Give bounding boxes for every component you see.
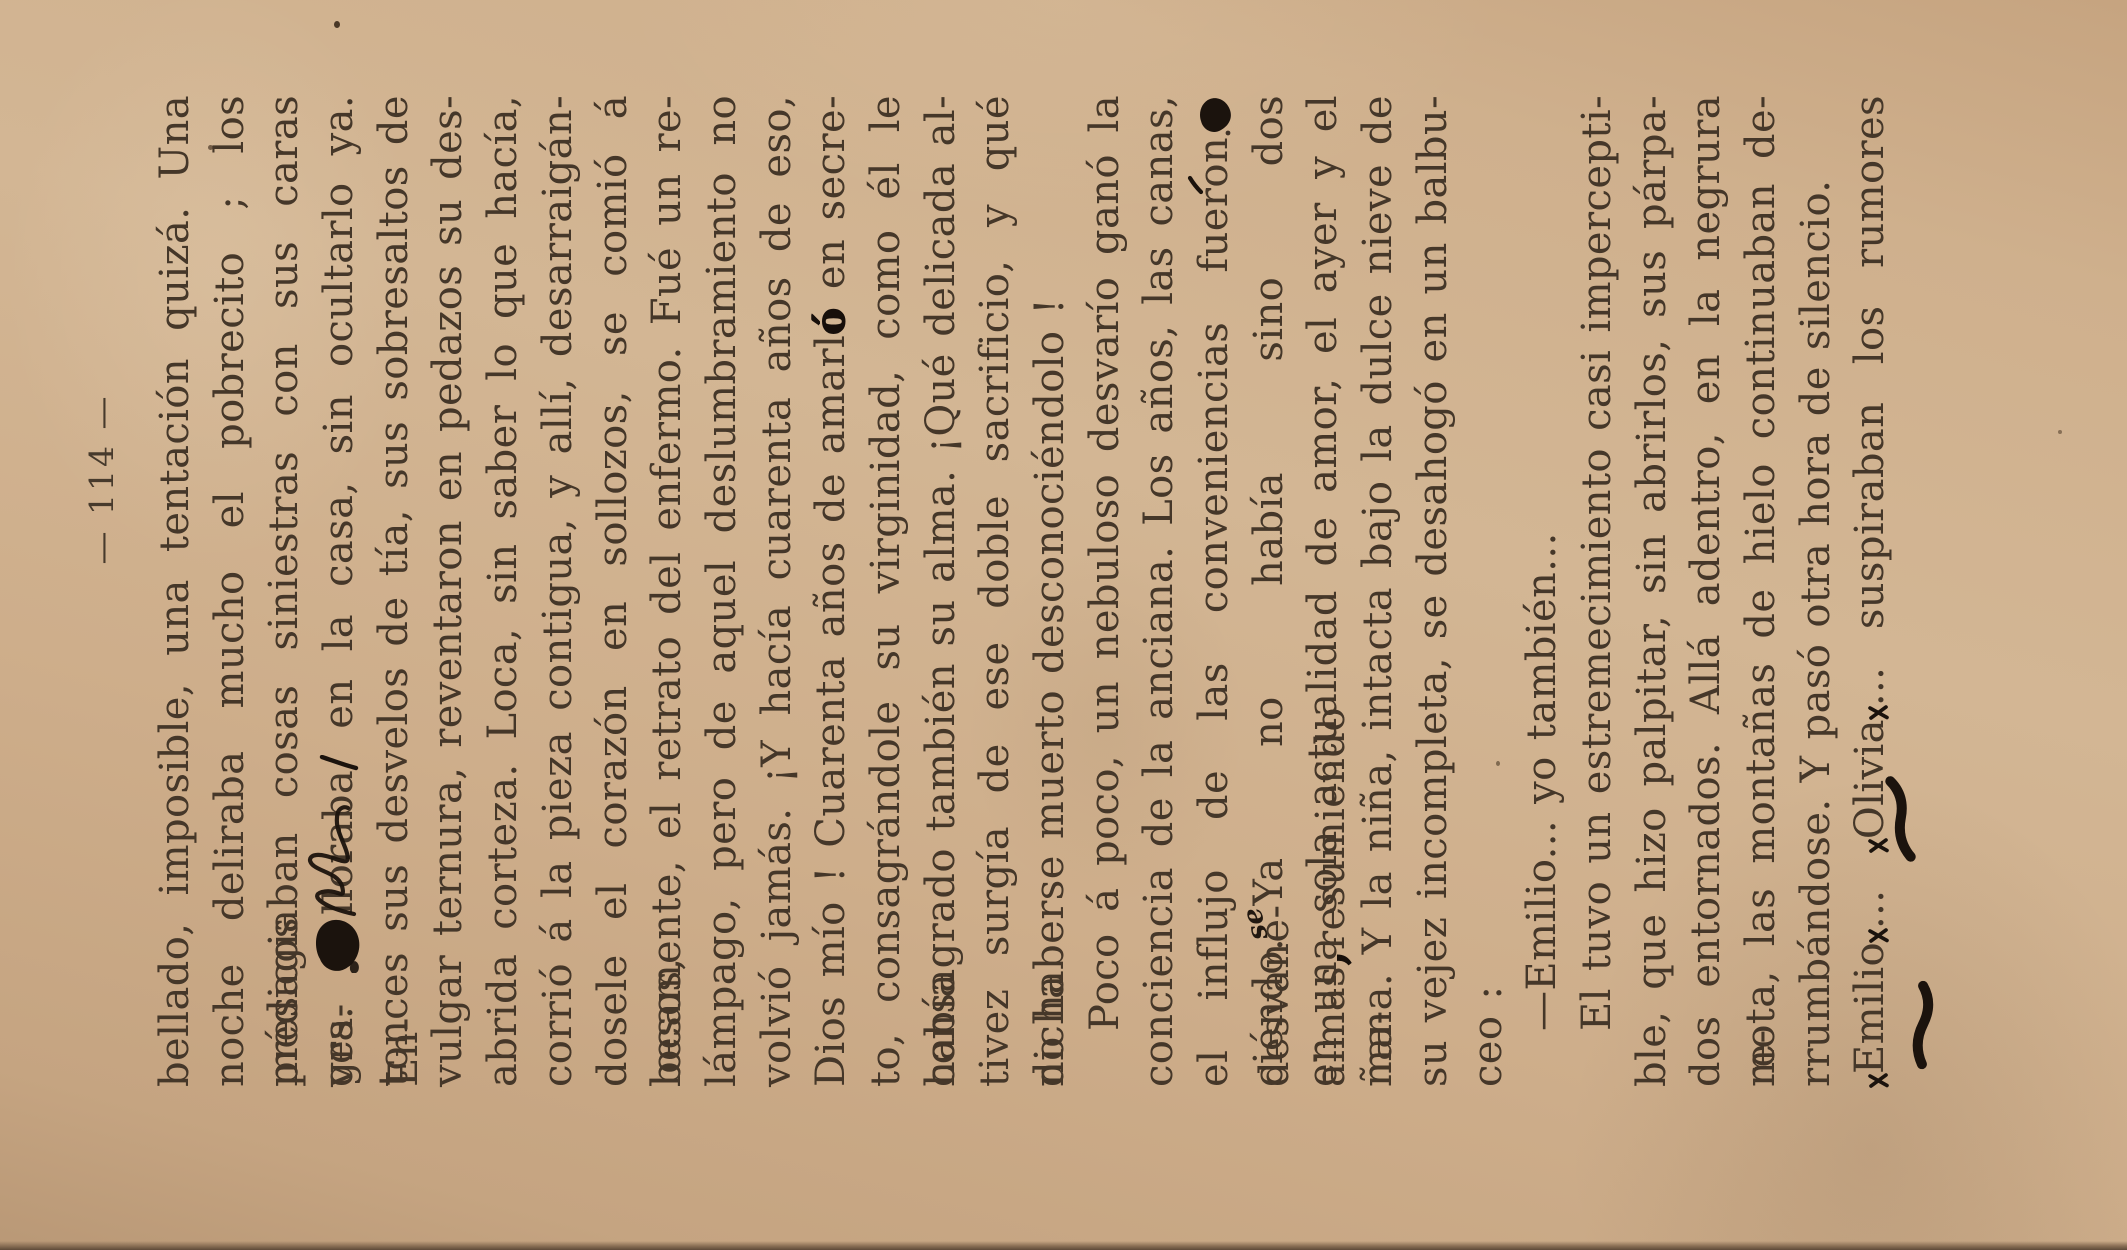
text-segment: bellado, imposible, una tentación quizá.… xyxy=(152,95,198,1087)
text-line: no haberse muerto desconociéndolo ! xyxy=(1023,95,1078,1087)
text-segment: consagrado también su alma. ¡Qué delicad… xyxy=(918,95,964,1087)
text-segment: el influjo de las conveniencias fueron xyxy=(1191,137,1237,1087)
text-line: su vejez incompleta, se desahogó en un b… xyxy=(1406,95,1461,1087)
text-line: en una sola actualidad de amor, el ayer … xyxy=(1296,95,1351,1087)
text-line: bellado, imposible, una tentación quizá.… xyxy=(148,95,203,1087)
ink-blot-mark xyxy=(1193,96,1248,136)
text-line: Dios mío ! Cuarenta años de amarló en se… xyxy=(804,95,859,1087)
text-segment: ves. xyxy=(316,979,362,1087)
text-line: volvió jamás. ¡Y hacía cuarenta años de … xyxy=(750,95,805,1087)
text-segment: en secre- xyxy=(808,95,854,308)
text-segment: ciéndo. xyxy=(1246,938,1292,1087)
text-segment: su vejez incompleta, se desahogó en un b… xyxy=(1410,95,1456,1087)
text-line: El tuvo un estremecimiento casi impercep… xyxy=(1570,95,1625,1087)
ink-dash-mark xyxy=(1891,978,1955,1071)
ink-x-mark xyxy=(1849,1072,1904,1089)
text-line: vulgar ternura, reventaron en pedazos su… xyxy=(421,95,476,1087)
text-line: rrumbándose. Y pasó otra hora de silenci… xyxy=(1789,95,1844,1087)
ink-bold-overwrite: ó xyxy=(807,308,854,335)
text-segment: no haberse muerto desconociéndolo ! xyxy=(1027,298,1073,1087)
text-segment: Dios mío ! Cuarenta años de amarl xyxy=(808,335,854,1087)
page: — 114 — bellado, imposible, una tentació… xyxy=(0,0,2127,1250)
text-line: ceo : xyxy=(1461,95,1516,1087)
paper-speck xyxy=(208,145,213,150)
text-line: conciencia de la anciana. Los años, las … xyxy=(1132,95,1187,1087)
text-line: ñana. Y la niña, intacta bajo la dulce n… xyxy=(1351,95,1406,1087)
text-line: dos entornados. Allá adentro, en la negr… xyxy=(1679,95,1734,1087)
text-line: ves. lloraba en la casa, sin ocultarlo y… xyxy=(312,95,367,1087)
text-segment: ñana. Y la niña, intacta bajo la dulce n… xyxy=(1355,95,1401,1087)
text-segment: volvió jamás. ¡Y hacía cuarenta años de … xyxy=(754,95,800,1087)
text-line: tonces sus desvelos de tía, sus sobresal… xyxy=(367,95,422,1087)
text-segment: ble, que hizo palpitar, sin abrirlos, su… xyxy=(1629,95,1675,1087)
ink-x-mark xyxy=(1849,927,1904,944)
text-line: —Emilio... yo también... xyxy=(1515,95,1570,1087)
text-segment: Poco á poco, un nebuloso desvarío ganó l… xyxy=(1082,95,1128,1031)
text-line: Emilio... Olivia... suspiraban los rumor… xyxy=(1843,95,1898,1087)
text-line: ciéndo.seYa no había sino dos almas,resu… xyxy=(1242,95,1297,1087)
text-segment: El tuvo un estremecimiento casi impercep… xyxy=(1574,95,1620,1031)
text-segment: Emilio xyxy=(1847,942,1893,1074)
ink-x-mark xyxy=(1849,704,1904,721)
text-segment: —Emilio... yo también... xyxy=(1519,532,1565,1031)
text-block: bellado, imposible, una tentación quizá.… xyxy=(148,95,1898,1087)
text-segment: tonces sus desvelos de tía, sus sobresal… xyxy=(371,95,417,1087)
page-number: — 114 — xyxy=(82,0,121,975)
text-segment: locamente, el retrato del enfermo. Fué u… xyxy=(644,95,690,1087)
text-segment: mota, las montañas de hielo continuaban … xyxy=(1738,95,1784,1087)
text-line: Poco á poco, un nebuloso desvarío ganó l… xyxy=(1078,95,1133,1087)
text-line: ble, que hizo palpitar, sin abrirlos, su… xyxy=(1625,95,1680,1087)
text-segment: rrumbándose. Y pasó otra hora de silenci… xyxy=(1793,180,1839,1087)
text-segment: lámpago, pero de aquel deslumbramiento n… xyxy=(699,95,745,1087)
paper-speck xyxy=(2058,430,2062,434)
text-segment: conciencia de la anciana. Los años, las … xyxy=(1136,95,1182,1087)
text-line: to, consagrándole su virginidad, como él… xyxy=(859,95,914,1087)
page-edge-shadow xyxy=(0,1241,2127,1250)
text-segment: ceo : xyxy=(1465,986,1511,1087)
text-line: mota, las montañas de hielo continuaban … xyxy=(1734,95,1789,1087)
text-line: lámpago, pero de aquel deslumbramiento n… xyxy=(695,95,750,1087)
text-line: corrió á la pieza contigua, y allí, desa… xyxy=(531,95,586,1087)
text-line: noche deliraba mucho el pobrecito ; los … xyxy=(203,95,258,1087)
text-segment: corrió á la pieza contigua, y allí, desa… xyxy=(535,95,581,1087)
paper-speck xyxy=(334,21,340,28)
book-page-scan: — 114 — bellado, imposible, una tentació… xyxy=(0,0,2127,1250)
text-line: dosele el corazón en sollozos, se comió … xyxy=(586,95,641,1087)
text-segment: ... suspiraban los rumores xyxy=(1847,95,1893,706)
text-segment: vulgar ternura, reventaron en pedazos su… xyxy=(425,95,471,1087)
text-line: consagrado también su alma. ¡Qué delicad… xyxy=(914,95,969,1087)
text-line: locamente, el retrato del enfermo. Fué u… xyxy=(640,95,695,1087)
text-line: presagiaban cosas siniestras con sus car… xyxy=(257,95,312,1087)
paper-speck xyxy=(1496,761,1500,766)
text-segment: abrida corteza. Loca, sin saber lo que h… xyxy=(480,95,526,1087)
text-line: abrida corteza. Loca, sin saber lo que h… xyxy=(476,95,531,1087)
text-line: tivez surgía de ese doble sacrificio, y … xyxy=(968,95,1023,1087)
